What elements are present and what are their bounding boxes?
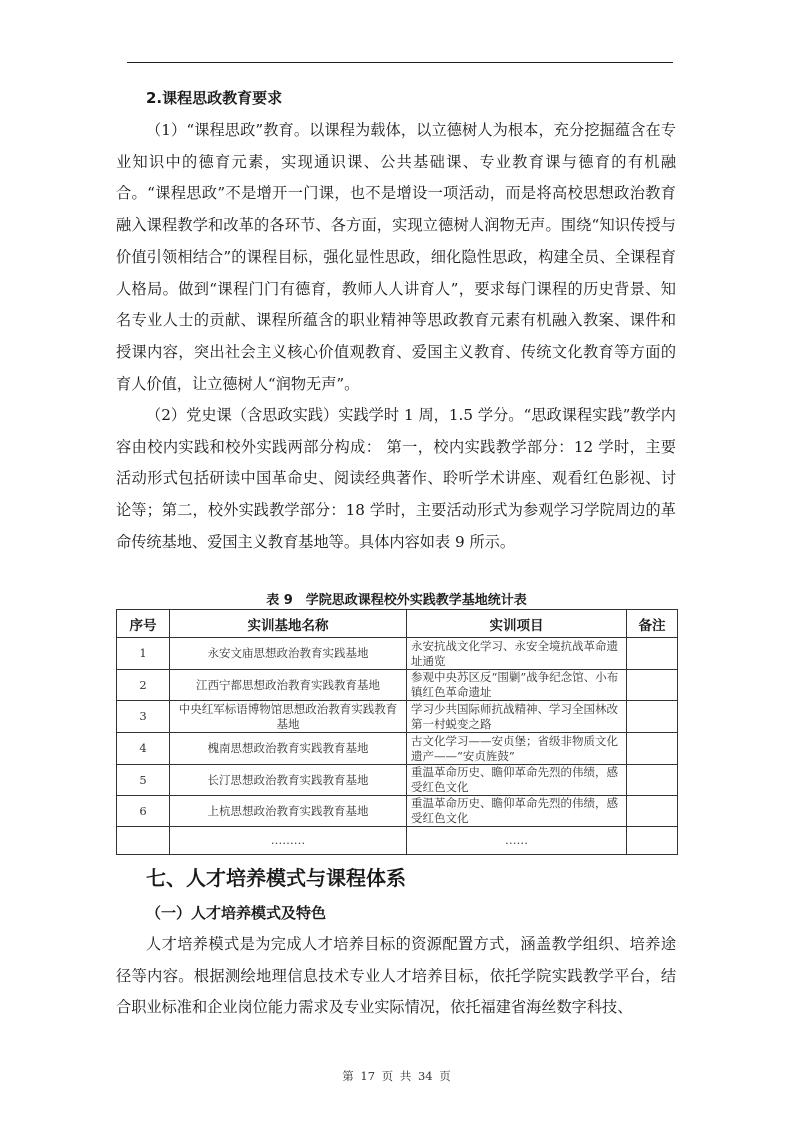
cell-base-name: 江西宁都思想政治教育实践教育基地 bbox=[170, 670, 407, 701]
cell-project: …… bbox=[407, 827, 627, 855]
header-rule bbox=[127, 62, 673, 63]
table-header-row: 序号 实训基地名称 实训项目 备注 bbox=[117, 610, 678, 638]
table-row: ……… …… bbox=[117, 827, 678, 855]
page-footer: 第 17 页 共 34 页 bbox=[0, 1068, 793, 1084]
cell-index: 2 bbox=[117, 670, 170, 701]
cell-index bbox=[117, 827, 170, 855]
cell-project: 古文化学习——安贞堡；省级非物质文化遗产——“安贞旌鼓” bbox=[407, 733, 627, 765]
cell-index: 3 bbox=[117, 701, 170, 733]
paragraph-party-history-course: （2）党史课（含思政实践）实践学时 1 周，1.5 学分。“思政课程实践”教学内… bbox=[116, 400, 676, 559]
table-row: 3 中央红军标语博物馆思想政治教育实践教育基地 学习少共国际师抗战精神、学习全国… bbox=[117, 701, 678, 733]
cell-project: 重温革命历史、瞻仰革命先烈的伟绩，感受红色文化 bbox=[407, 796, 627, 827]
paragraph-text: 人才培养模式是为完成人才培养目标的资源配置方式，涵盖教学组织、培养途径等内容。根… bbox=[116, 929, 676, 1024]
cell-index: 5 bbox=[117, 765, 170, 796]
cell-note bbox=[627, 701, 678, 733]
cell-index: 4 bbox=[117, 733, 170, 765]
cell-base-name: 长汀思想政治教育实践教育基地 bbox=[170, 765, 407, 796]
column-header-project: 实训项目 bbox=[407, 610, 627, 638]
cell-note bbox=[627, 765, 678, 796]
cell-note bbox=[627, 670, 678, 701]
cell-base-name: 上杭思想政治教育实践教育基地 bbox=[170, 796, 407, 827]
table-row: 1 永安文庙思想政治教育实践基地 永安抗战文化学习、永安全境抗战革命遗址通览 bbox=[117, 638, 678, 670]
cell-base-name: 中央红军标语博物馆思想政治教育实践教育基地 bbox=[170, 701, 407, 733]
cell-project: 永安抗战文化学习、永安全境抗战革命遗址通览 bbox=[407, 638, 627, 670]
cell-index: 6 bbox=[117, 796, 170, 827]
chapter-heading: 七、人才培养模式与课程体系 bbox=[146, 862, 406, 891]
cell-base-name: ……… bbox=[170, 827, 407, 855]
paragraph-text: （2）党史课（含思政实践）实践学时 1 周，1.5 学分。“思政课程实践”教学内… bbox=[116, 400, 676, 559]
cell-base-name: 永安文庙思想政治教育实践基地 bbox=[170, 638, 407, 670]
cell-project: 参观中央苏区反“围剿”战争纪念馆、小布镇红色革命遗址 bbox=[407, 670, 627, 701]
column-header-base-name: 实训基地名称 bbox=[170, 610, 407, 638]
cell-note bbox=[627, 796, 678, 827]
cell-note bbox=[627, 638, 678, 670]
cell-note bbox=[627, 733, 678, 765]
subsection-heading: （一）人才培养模式及特色 bbox=[146, 902, 326, 923]
column-header-index: 序号 bbox=[117, 610, 170, 638]
table-row: 5 长汀思想政治教育实践教育基地 重温革命历史、瞻仰革命先烈的伟绩，感受红色文化 bbox=[117, 765, 678, 796]
table-row: 4 槐南思想政治教育实践教育基地 古文化学习——安贞堡；省级非物质文化遗产——“… bbox=[117, 733, 678, 765]
paragraph-training-mode: 人才培养模式是为完成人才培养目标的资源配置方式，涵盖教学组织、培养途径等内容。根… bbox=[116, 929, 676, 1024]
paragraph-course-ideology: （1）“课程思政”教育。以课程为载体，以立德树人为根本，充分挖掘蕴含在专业知识中… bbox=[116, 115, 676, 400]
section-heading: 2.课程思政教育要求 bbox=[146, 87, 282, 108]
cell-project: 重温革命历史、瞻仰革命先烈的伟绩，感受红色文化 bbox=[407, 765, 627, 796]
cell-project: 学习少共国际师抗战精神、学习全国林改第一村蜕变之路 bbox=[407, 701, 627, 733]
practice-base-table: 序号 实训基地名称 实训项目 备注 1 永安文庙思想政治教育实践基地 永安抗战文… bbox=[116, 609, 678, 855]
table-row: 6 上杭思想政治教育实践教育基地 重温革命历史、瞻仰革命先烈的伟绩，感受红色文化 bbox=[117, 796, 678, 827]
cell-base-name: 槐南思想政治教育实践教育基地 bbox=[170, 733, 407, 765]
cell-index: 1 bbox=[117, 638, 170, 670]
table-row: 2 江西宁都思想政治教育实践教育基地 参观中央苏区反“围剿”战争纪念馆、小布镇红… bbox=[117, 670, 678, 701]
cell-note bbox=[627, 827, 678, 855]
paragraph-text: （1）“课程思政”教育。以课程为载体，以立德树人为根本，充分挖掘蕴含在专业知识中… bbox=[116, 115, 676, 400]
table-caption: 表 9 学院思政课程校外实践教学基地统计表 bbox=[116, 589, 677, 608]
column-header-note: 备注 bbox=[627, 610, 678, 638]
